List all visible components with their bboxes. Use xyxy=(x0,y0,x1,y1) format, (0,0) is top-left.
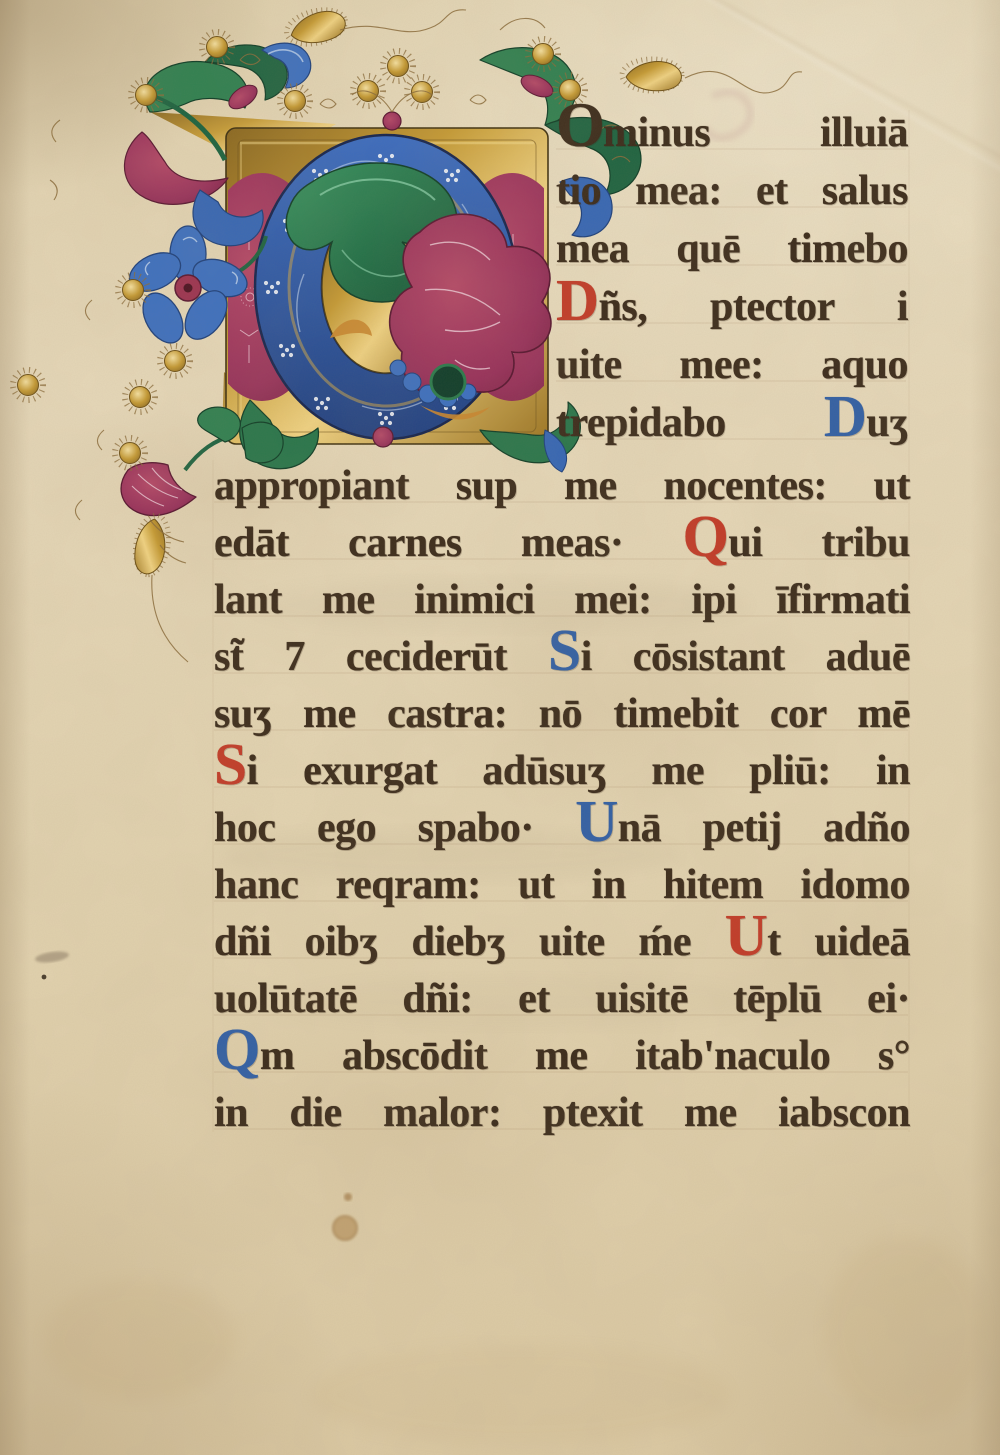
manuscript-page: Ominus illuiātio mea: et salusmea quē ti… xyxy=(0,0,1000,1455)
text-segment: suʒ me castra: nō timebit cor mē xyxy=(214,691,910,737)
text-segment: nā petij adño xyxy=(618,805,910,851)
text-line: tio mea: et salus xyxy=(556,162,908,220)
cadel-initial: O xyxy=(556,90,603,160)
text-column-beside-initial: Ominus illuiātio mea: et salusmea quē ti… xyxy=(556,104,908,452)
text-segment: tio mea: et salus xyxy=(556,168,908,214)
text-line: Qm abscōdit me itab'naculo s° xyxy=(214,1028,910,1085)
text-segment: uite mee: aquo xyxy=(556,342,908,388)
versal-initial: Q xyxy=(214,1016,260,1082)
text-segment: t uideā xyxy=(767,919,910,965)
versal-initial: D xyxy=(556,267,599,333)
text-line: mea quē timebo xyxy=(556,220,908,278)
text-segment: hoc ego spabo· xyxy=(214,805,575,851)
text-line: dñi oibʒ diebʒ uite ḿe Ut uideā xyxy=(214,914,910,971)
text-segment: minus illuiā xyxy=(603,110,908,156)
text-segment: mea quē timebo xyxy=(556,226,908,272)
text-segment: uʒ xyxy=(866,400,908,446)
text-column-full-width: appropiant sup me nocentes: utedāt carne… xyxy=(214,458,910,1142)
text-segment: uolūtatē dñi: et uisitē tēplū ei· xyxy=(214,976,910,1022)
versal-initial: S xyxy=(214,731,247,797)
versal-initial: U xyxy=(575,788,618,854)
versal-initial: U xyxy=(725,902,768,968)
crimson-ball xyxy=(383,112,401,130)
text-line: Dñs, ptector i xyxy=(556,278,908,336)
text-line: uolūtatē dñi: et uisitē tēplū ei· xyxy=(214,971,910,1028)
text-line: in die malor: ptexit me iabscon xyxy=(214,1085,910,1142)
text-segment: hanc reqram: ut in hitem idomo xyxy=(214,862,910,908)
text-segment: dñi oibʒ diebʒ uite ḿe xyxy=(214,919,725,965)
text-segment: ñs, ptector i xyxy=(599,284,908,330)
crimson-ball xyxy=(373,427,393,447)
versal-initial: Q xyxy=(682,503,728,569)
text-segment: i cōsistant aduē xyxy=(581,634,910,680)
versal-initial: D xyxy=(824,383,867,449)
text-segment: edāt carnes meas· xyxy=(214,520,682,566)
text-segment: trepidabo xyxy=(556,400,824,446)
text-segment: m abscōdit me itab'naculo s° xyxy=(260,1033,910,1079)
text-segment: in die malor: ptexit me iabscon xyxy=(214,1090,910,1136)
versal-initial: S xyxy=(548,617,581,683)
text-segment: ui tribu xyxy=(728,520,910,566)
text-line: hanc reqram: ut in hitem idomo xyxy=(214,857,910,914)
text-line: edāt carnes meas· Qui tribu xyxy=(214,515,910,572)
text-line: hoc ego spabo· Unā petij adño xyxy=(214,800,910,857)
text-segment: appropiant sup me nocentes: ut xyxy=(214,463,910,509)
text-line: trepidabo Duʒ xyxy=(556,394,908,452)
text-line: Ominus illuiā xyxy=(556,104,908,162)
text-line: suʒ me castra: nō timebit cor mē xyxy=(214,686,910,743)
text-line: Si exurgat adūsuʒ me pliū: in xyxy=(214,743,910,800)
text-line: appropiant sup me nocentes: ut xyxy=(214,458,910,515)
text-segment: st̃ 7 ceciderūt xyxy=(214,634,548,680)
text-line: st̃ 7 ceciderūt Si cōsistant aduē xyxy=(214,629,910,686)
